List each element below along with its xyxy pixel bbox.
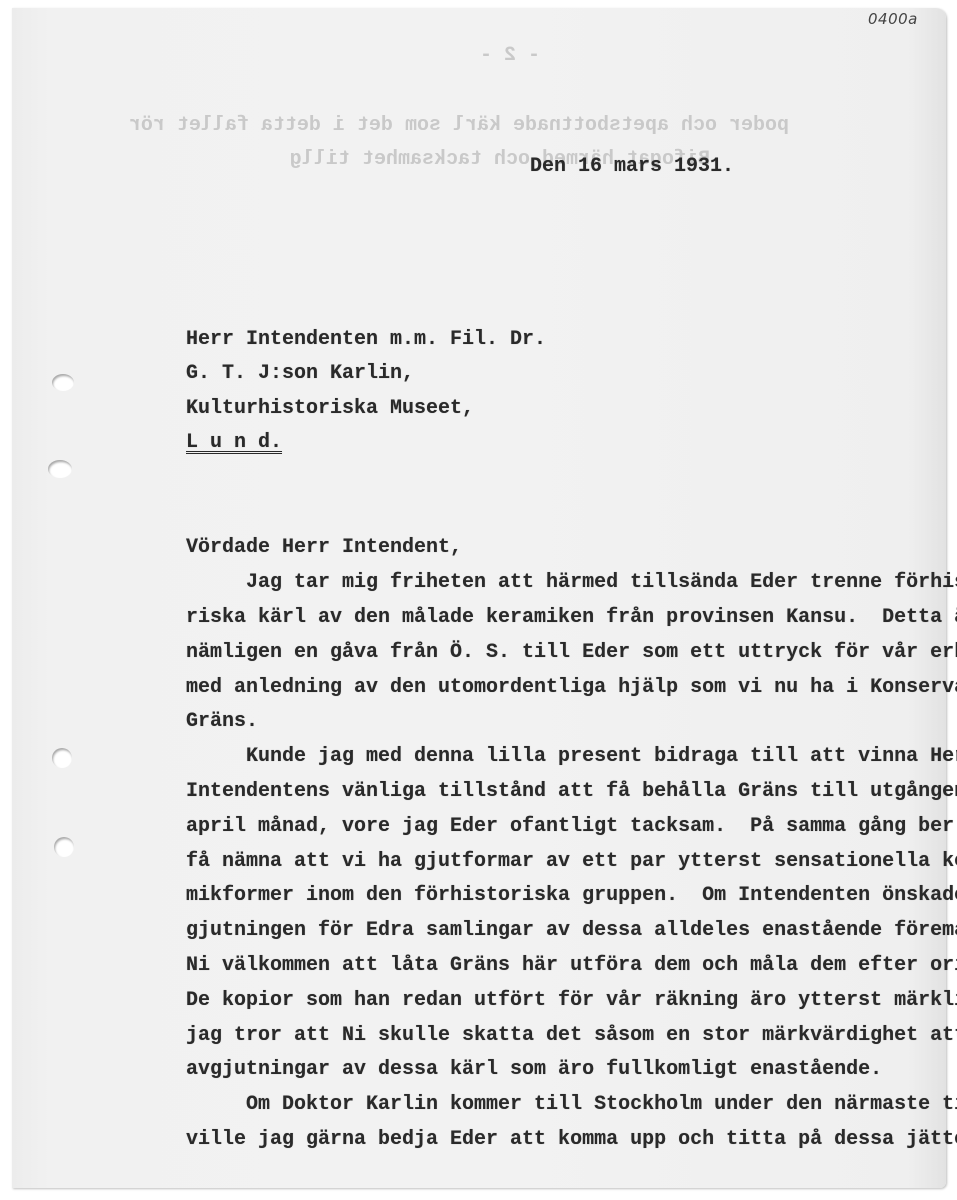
body-line: De kopior som han redan utfört för vår r… <box>186 989 957 1012</box>
recipient-city: L u n d. <box>186 431 282 454</box>
recipient-line-3: Kulturhistoriska Museet, <box>186 397 474 420</box>
body-line: gjutningen för Edra samlingar av dessa a… <box>186 919 957 942</box>
punch-hole <box>54 837 74 857</box>
body-line: Jag tar mig friheten att härmed tillsänd… <box>186 571 957 594</box>
body-line: Ni välkommen att låta Gräns här utföra d… <box>186 954 957 977</box>
punch-hole <box>52 374 74 391</box>
archive-number: 0400a <box>868 10 918 28</box>
body-line: få nämna att vi ha gjutformar av ett par… <box>186 850 957 873</box>
show-through-line-1: poder och apetsbottnade kärl som det i d… <box>117 114 789 137</box>
body-line: med anledning av den utomordentliga hjäl… <box>186 676 957 699</box>
body-line: riska kärl av den målade keramiken från … <box>186 606 957 629</box>
punch-hole <box>48 460 72 478</box>
body-line: avgjutningar av dessa kärl som äro fullk… <box>186 1058 882 1081</box>
body-line: mikformer inom den förhistoriska gruppen… <box>186 884 957 907</box>
body-line: nämligen en gåva från Ö. S. till Eder so… <box>186 641 957 664</box>
salutation: Vördade Herr Intendent, <box>186 536 462 559</box>
body-line: Kunde jag med denna lilla present bidrag… <box>186 745 957 768</box>
punch-hole <box>52 748 72 768</box>
body-line: Intendentens vänliga tillstånd att få be… <box>186 780 957 803</box>
body-line: Om Doktor Karlin kommer till Stockholm u… <box>186 1093 957 1116</box>
recipient-line-2: G. T. J:son Karlin, <box>186 362 414 385</box>
body-line: april månad, vore jag Eder ofantligt tac… <box>186 815 957 838</box>
letter-date: Den 16 mars 1931. <box>530 155 734 178</box>
body-line: Gräns. <box>186 710 258 733</box>
recipient-line-1: Herr Intendenten m.m. Fil. Dr. <box>186 328 546 351</box>
body-line: ville jag gärna bedja Eder att komma upp… <box>186 1128 957 1151</box>
show-through-page-marker: - 2 - <box>480 44 540 67</box>
body-line: jag tror att Ni skulle skatta det såsom … <box>186 1024 957 1047</box>
